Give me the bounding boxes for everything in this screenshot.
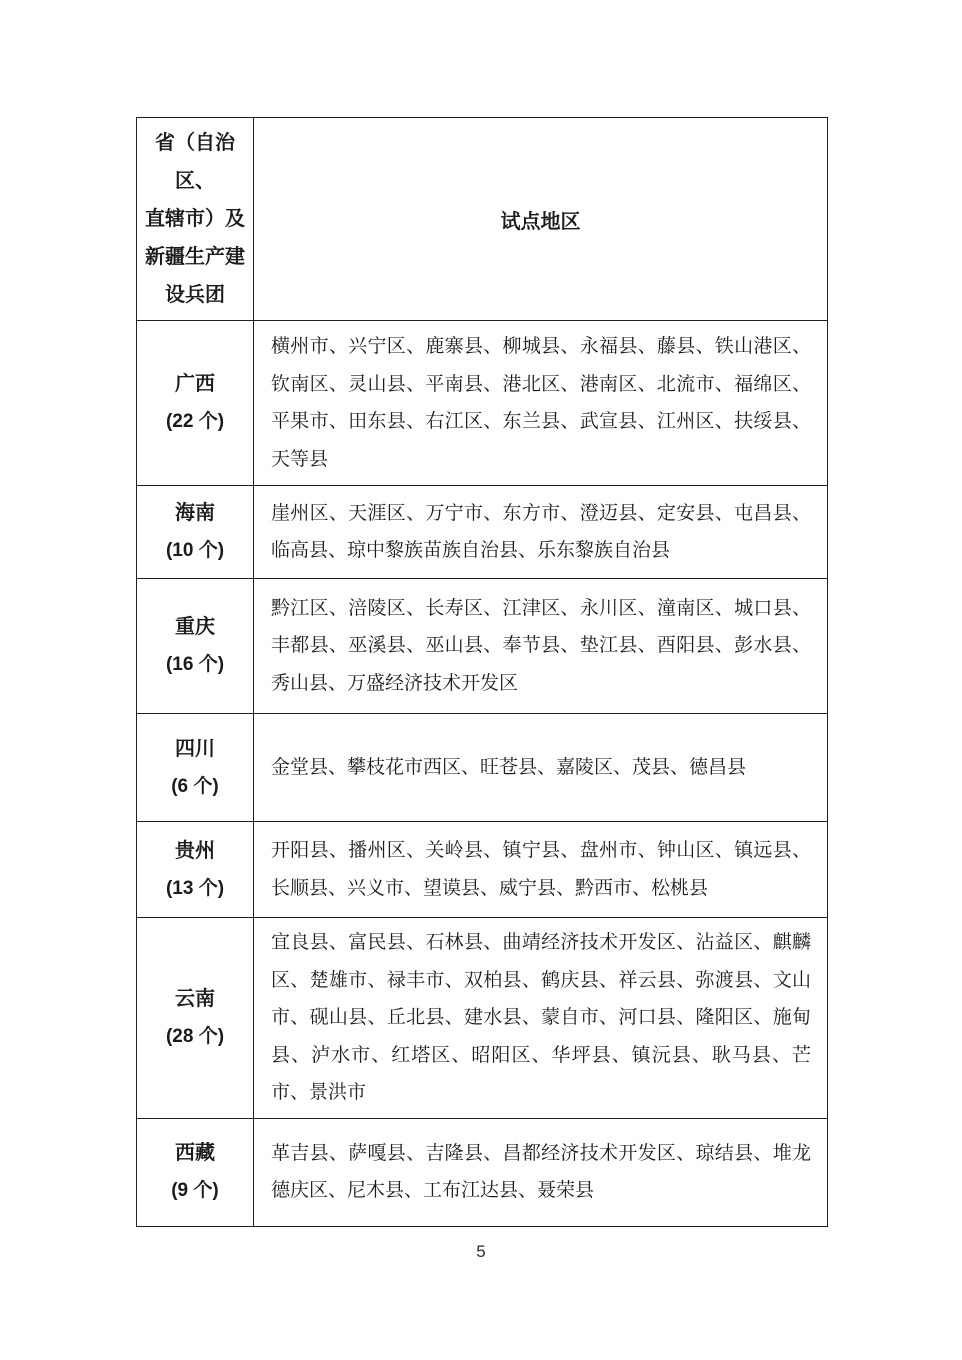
province-cell: 海南 (10 个)	[137, 486, 254, 579]
province-count: (10 个)	[139, 532, 251, 570]
province-count: (22 个)	[139, 403, 251, 441]
region-list: 黔江区、涪陵区、长寿区、江津区、永川区、潼南区、城口县、丰都县、巫溪县、巫山县、…	[254, 579, 828, 714]
province-cell: 贵州 (13 个)	[137, 822, 254, 918]
table-row: 贵州 (13 个) 开阳县、播州区、关岭县、镇宁县、盘州市、钟山区、镇远县、长顺…	[137, 822, 828, 918]
province-count: (9 个)	[139, 1172, 251, 1210]
table-row: 四川 (6 个) 金堂县、攀枝花市西区、旺苍县、嘉陵区、茂县、德昌县	[137, 714, 828, 822]
region-list: 横州市、兴宁区、鹿寨县、柳城县、永福县、藤县、铁山港区、钦南区、灵山县、平南县、…	[254, 321, 828, 486]
province-column-header: 省（自治区、 直辖市）及 新疆生产建 设兵团	[137, 118, 254, 321]
pilot-areas-table: 省（自治区、 直辖市）及 新疆生产建 设兵团 试点地区 广西 (22 个) 横州…	[136, 117, 828, 1227]
province-count: (6 个)	[139, 768, 251, 806]
province-cell: 四川 (6 个)	[137, 714, 254, 822]
province-name: 云南	[139, 980, 251, 1018]
region-list: 崖州区、天涯区、万宁市、东方市、澄迈县、定安县、屯昌县、临高县、琼中黎族苗族自治…	[254, 486, 828, 579]
table-row: 云南 (28 个) 宜良县、富民县、石林县、曲靖经济技术开发区、沾益区、麒麟区、…	[137, 918, 828, 1119]
page-number: 5	[0, 1242, 962, 1262]
province-cell: 西藏 (9 个)	[137, 1118, 254, 1226]
province-name: 四川	[139, 730, 251, 768]
province-count: (28 个)	[139, 1018, 251, 1056]
table-body: 广西 (22 个) 横州市、兴宁区、鹿寨县、柳城县、永福县、藤县、铁山港区、钦南…	[137, 321, 828, 1227]
province-name: 贵州	[139, 832, 251, 870]
province-count: (13 个)	[139, 870, 251, 908]
province-name: 海南	[139, 494, 251, 532]
region-list: 金堂县、攀枝花市西区、旺苍县、嘉陵区、茂县、德昌县	[254, 714, 828, 822]
table-row: 重庆 (16 个) 黔江区、涪陵区、长寿区、江津区、永川区、潼南区、城口县、丰都…	[137, 579, 828, 714]
region-list: 开阳县、播州区、关岭县、镇宁县、盘州市、钟山区、镇远县、长顺县、兴义市、望谟县、…	[254, 822, 828, 918]
table-header-row: 省（自治区、 直辖市）及 新疆生产建 设兵团 试点地区	[137, 118, 828, 321]
province-name: 广西	[139, 365, 251, 403]
province-count: (16 个)	[139, 646, 251, 684]
province-name: 重庆	[139, 608, 251, 646]
province-cell: 广西 (22 个)	[137, 321, 254, 486]
table-row: 广西 (22 个) 横州市、兴宁区、鹿寨县、柳城县、永福县、藤县、铁山港区、钦南…	[137, 321, 828, 486]
province-name: 西藏	[139, 1134, 251, 1172]
province-cell: 云南 (28 个)	[137, 918, 254, 1119]
document-page: 省（自治区、 直辖市）及 新疆生产建 设兵团 试点地区 广西 (22 个) 横州…	[0, 0, 962, 1360]
pilot-areas-column-header: 试点地区	[254, 118, 828, 321]
table-row: 海南 (10 个) 崖州区、天涯区、万宁市、东方市、澄迈县、定安县、屯昌县、临高…	[137, 486, 828, 579]
province-cell: 重庆 (16 个)	[137, 579, 254, 714]
region-list: 革吉县、萨嘎县、吉隆县、昌都经济技术开发区、琼结县、堆龙德庆区、尼木县、工布江达…	[254, 1118, 828, 1226]
region-list: 宜良县、富民县、石林县、曲靖经济技术开发区、沾益区、麒麟区、楚雄市、禄丰市、双柏…	[254, 918, 828, 1119]
table-row: 西藏 (9 个) 革吉县、萨嘎县、吉隆县、昌都经济技术开发区、琼结县、堆龙德庆区…	[137, 1118, 828, 1226]
